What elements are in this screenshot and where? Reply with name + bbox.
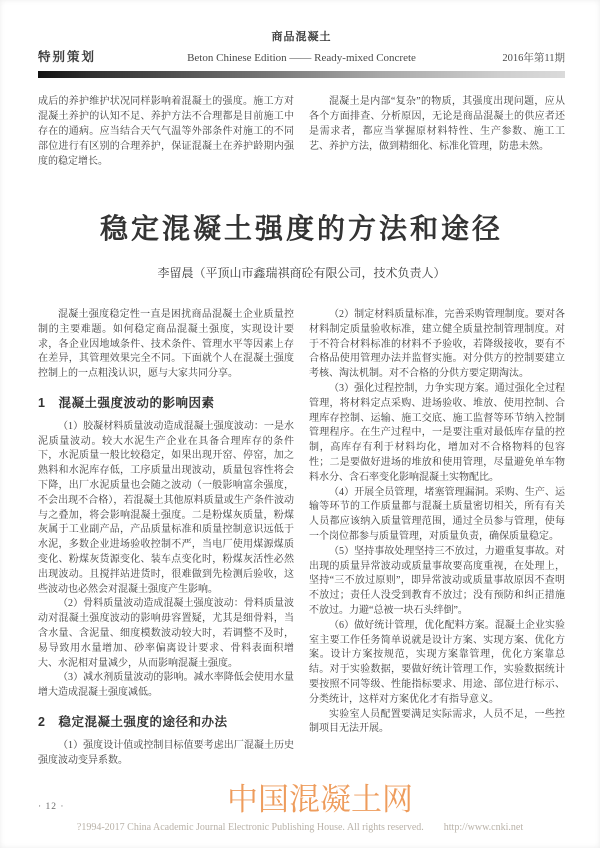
page-number: · 12 · xyxy=(38,802,65,812)
section-heading-1: 1 混凝土强度波动的影响因素 xyxy=(38,396,294,411)
article-body: 混凝土强度稳定性一直是困扰商品混凝土企业质量控制的主要难题。如何稳定商品混凝土强… xyxy=(38,308,565,768)
article-author: 李留晨（平顶山市鑫瑞祺商砼有限公司，技术负责人） xyxy=(38,264,565,281)
paragraph: （1）强度设计值或控制目标值要考虑出厂混凝土历史强度波动变异系数。 xyxy=(38,739,294,769)
paragraph: （2）制定材料质量标准，完善采购管理制度。要对各材料制定质量验收标准，建立健全质… xyxy=(309,308,565,382)
header-rule xyxy=(38,71,565,78)
journal-title-en: Beton Chinese Edition —— Ready-mixed Con… xyxy=(168,52,435,64)
copyright-line: ?1994-2017 China Academic Journal Electr… xyxy=(0,822,600,833)
cnki-url: http://www.cnki.net xyxy=(444,822,523,833)
paragraph: 混凝土强度稳定性一直是困扰商品混凝土企业质量控制的主要难题。如何稳定商品混凝土强… xyxy=(38,308,294,382)
paragraph: （5）坚持事故处理坚持三不放过，力避重复事故。对出现的质量异常波动或质量事故要高… xyxy=(309,545,565,619)
paragraph: （6）做好统计管理，优化配料方案。混凝土企业实验室主要工作任务简单说就是设计方案… xyxy=(309,619,565,708)
cnki-watermark: 中国混凝土网 xyxy=(227,774,413,819)
lead-left-column: 成后的养护维护状况同样影响着混凝土的强度。施工方对混凝土养护的认知不足、养护方法… xyxy=(38,94,294,169)
paragraph: （2）骨料质量波动造成混凝土强度波动：骨料质量波动对混凝土强度波动的影响毋容置疑… xyxy=(38,597,294,671)
paragraph: （3）减水剂质量波动的影响。减水率降低会使用水量增大造成混凝土强度减低。 xyxy=(38,671,294,701)
paragraph: （3）强化过程控制，力争实现方案。通过强化全过程管理，将材料定点采购、进场验收、… xyxy=(309,382,565,486)
journal-title-cn: 商品混凝土 xyxy=(38,28,565,44)
section-label: 特别策划 xyxy=(38,47,168,65)
article-title: 稳定混凝土强度的方法和途径 xyxy=(38,207,565,247)
page-header: 特别策划 Beton Chinese Edition —— Ready-mixe… xyxy=(38,47,565,65)
paragraph: 实验室人员配置要满足实际需求，人员不足，一些控制项目无法开展。 xyxy=(309,708,565,738)
paragraph: （4）开展全员管理，堵塞管理漏洞。采购、生产、运输等环节的工作质量都与混凝土质量… xyxy=(309,486,565,545)
issue-label: 2016年第11期 xyxy=(435,50,565,65)
copyright-text: ?1994-2017 China Academic Journal Electr… xyxy=(77,822,424,833)
lead-left-paragraph: 成后的养护维护状况同样影响着混凝土的强度。施工方对混凝土养护的认知不足、养护方法… xyxy=(38,94,294,169)
section-heading-2: 2 稳定混凝土强度的途径和办法 xyxy=(38,715,294,730)
body-right-column: （2）制定材料质量标准，完善采购管理制度。要对各材料制定质量验收标准，建立健全质… xyxy=(309,308,565,768)
journal-page: 商品混凝土 特别策划 Beton Chinese Edition —— Read… xyxy=(0,0,600,848)
body-left-column: 混凝土强度稳定性一直是困扰商品混凝土企业质量控制的主要难题。如何稳定商品混凝土强… xyxy=(38,308,294,768)
lead-section: 成后的养护维护状况同样影响着混凝土的强度。施工方对混凝土养护的认知不足、养护方法… xyxy=(38,94,565,169)
lead-right-column: 混凝土是内部“复杂”的物质，其强度出现问题，应从各个方面排查、分析原因，无论是商… xyxy=(309,94,565,169)
lead-right-paragraph: 混凝土是内部“复杂”的物质，其强度出现问题，应从各个方面排查、分析原因，无论是商… xyxy=(309,94,565,154)
paragraph: （1）胶凝材料质量波动造成混凝土强度波动：一是水泥质量波动。较大水泥生产企业在具… xyxy=(38,420,294,598)
